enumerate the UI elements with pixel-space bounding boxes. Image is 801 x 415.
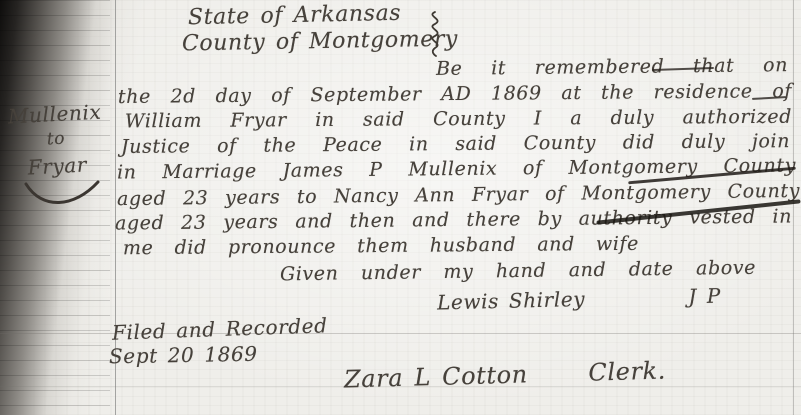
pen-flourish-icon	[22, 178, 102, 212]
record-line-3: William Fryar in said County I a duly au…	[125, 107, 792, 133]
record-line-5: in Marriage James P Mullenix of Montgome…	[117, 155, 796, 184]
record-line-1: Be it remembered that on	[436, 55, 788, 81]
clerk-title: Clerk.	[588, 358, 666, 388]
record-line-2: the 2d day of September AD 1869 at the r…	[118, 81, 792, 109]
scanned-record-page: Mullenix to Fryar State of Arkansas Coun…	[0, 0, 801, 415]
heading-county-line: County of Montgomery	[182, 27, 458, 57]
margin-index-note: Mullenix to Fryar	[2, 97, 110, 182]
filed-line: Filed and Recorded	[112, 314, 328, 345]
brace-squiggle-icon	[425, 10, 443, 58]
page-edge-line	[793, 0, 794, 415]
officiant-signature: Lewis Shirley	[437, 288, 586, 315]
heading-state-line: State of Arkansas	[188, 1, 402, 31]
officiant-signature-row: Lewis Shirley J P	[437, 285, 721, 315]
record-line-8: me did pronounce them husband and wife	[123, 234, 639, 260]
attestation-line: Given under my hand and date above	[280, 258, 756, 286]
officiant-title: J P	[688, 285, 721, 309]
filed-date-line: Sept 20 1869	[109, 343, 258, 369]
margin-party-groom: Mullenix	[2, 97, 107, 130]
clerk-signature: Zara L Cotton	[344, 361, 528, 394]
clerk-signature-row: Zara L Cotton Clerk.	[344, 358, 667, 395]
